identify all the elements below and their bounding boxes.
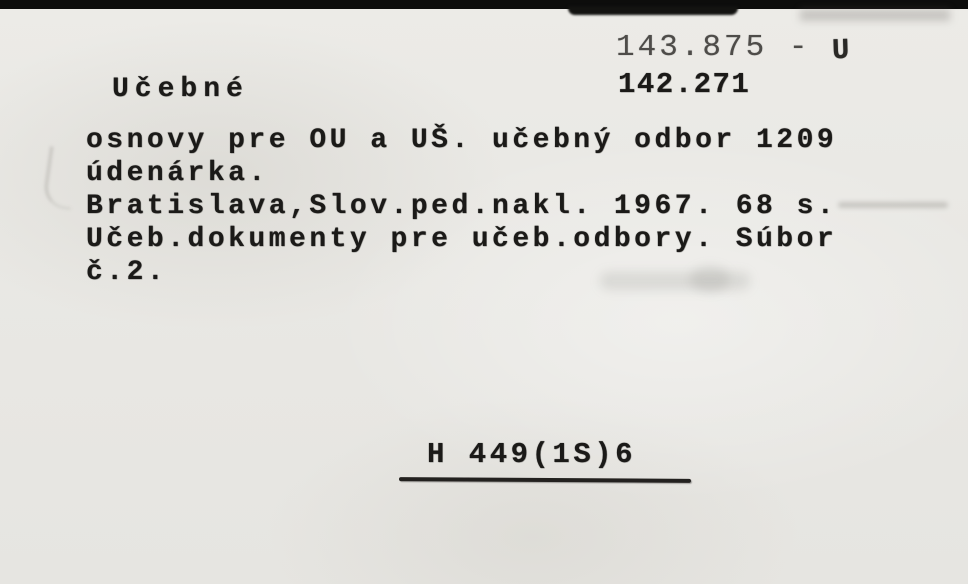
scan-top-edge: [0, 0, 968, 9]
classification-pencil-digits: 143.875 -: [616, 30, 810, 65]
title-heading: Učebné: [112, 74, 249, 105]
body-line-3: Bratislava,Slov.ped.nakl. 1967. 68 s.: [86, 190, 886, 223]
classification-number: 142.271: [618, 68, 750, 101]
paper-crease-mark: [42, 146, 79, 209]
classification-number-pencil: 143.875 - U: [616, 30, 852, 65]
body-line-4: Učeb.dokumenty pre učeb.odbory. Súbor: [86, 223, 886, 256]
body-line-5: č.2.: [86, 256, 886, 289]
scan-top-edge-smear: [800, 9, 950, 21]
classification-pencil-letter: U: [831, 34, 853, 68]
body-line-1: osnovy pre OU a UŠ. učebný odbor 1209: [86, 124, 886, 157]
scan-top-edge-blob: [568, 6, 738, 15]
shelf-mark: H 449(1S)6: [427, 438, 636, 471]
card-body-text: osnovy pre OU a UŠ. učebný odbor 1209 úd…: [86, 124, 886, 289]
shelf-mark-underline: [399, 477, 691, 483]
body-line-2: údenárka.: [86, 157, 886, 190]
catalog-card: 143.875 - U 142.271 Učebné osnovy pre OU…: [0, 0, 968, 584]
